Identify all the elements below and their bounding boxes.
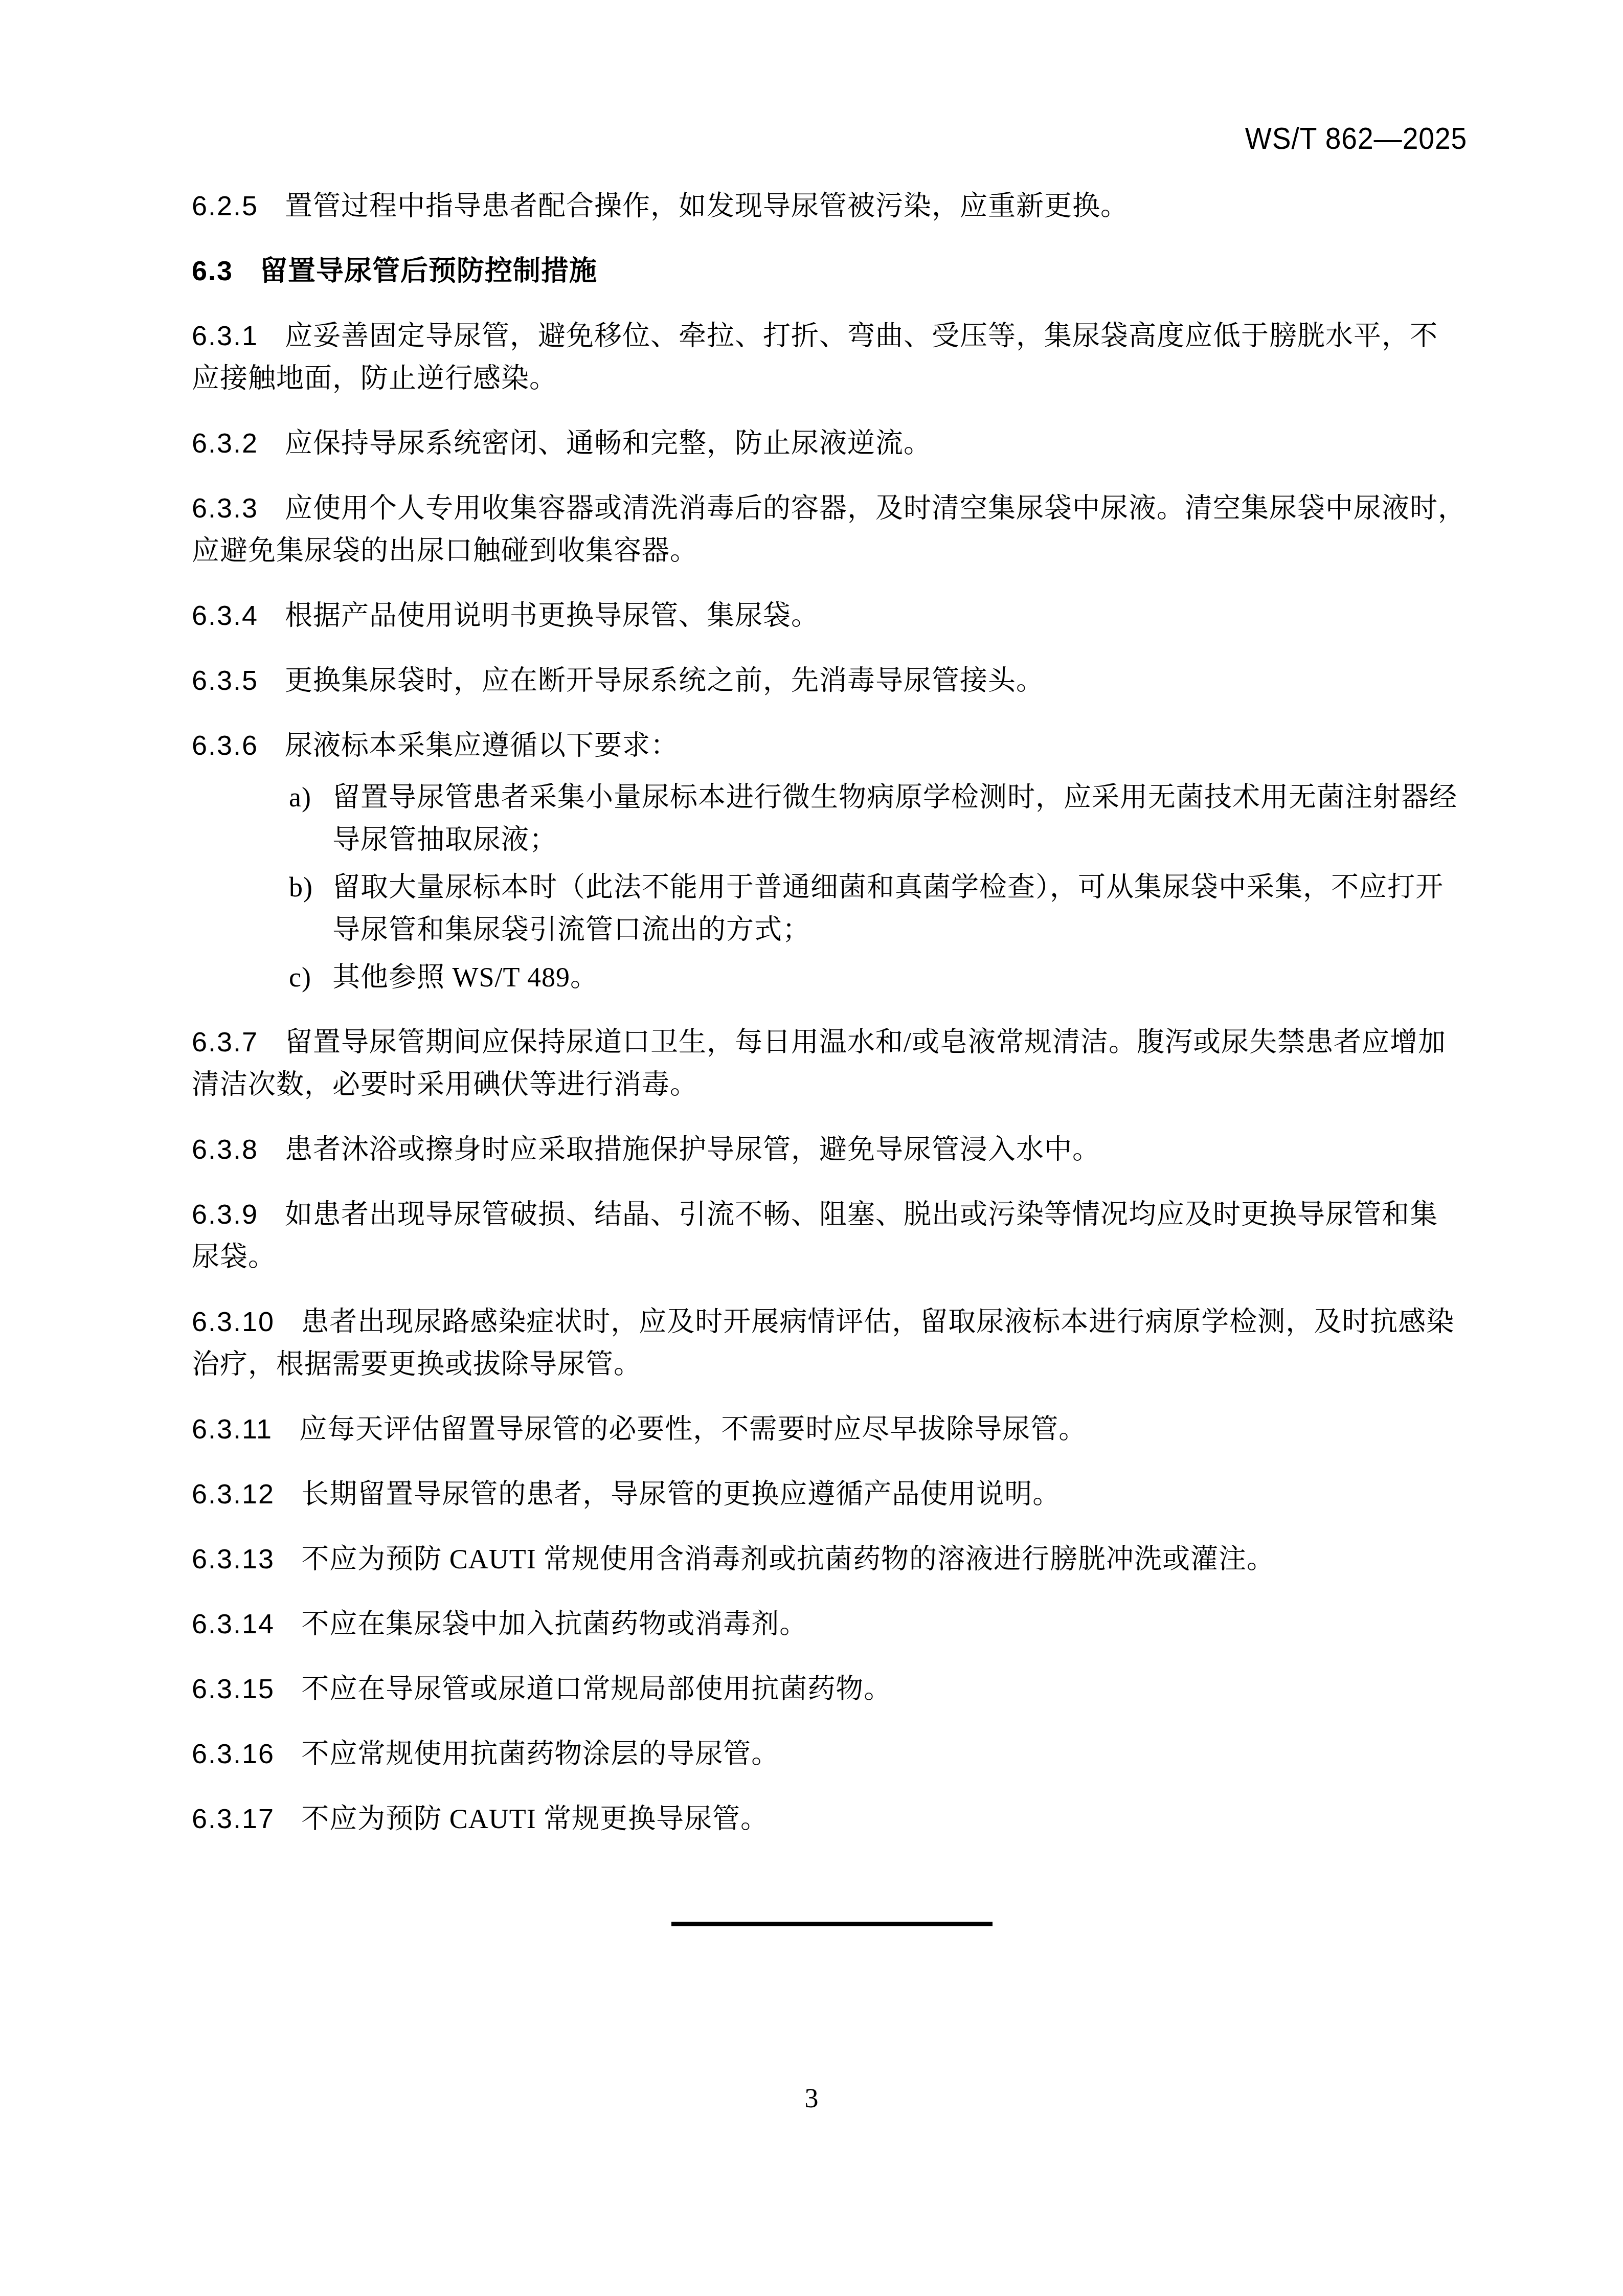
clause-text-line: 尿液标本采集应遵循以下要求：: [285, 730, 679, 761]
standard-code-header: WS/T 862—2025: [1245, 121, 1467, 156]
clause-number: 6.3.9: [192, 1194, 258, 1236]
clause-paragraph: 6.3.1应妥善固定导尿管，避免移位、牵拉、打折、弯曲、受压等，集尿袋高度应低于…: [192, 315, 1464, 400]
clause-paragraph: 6.3.14不应在集尿袋中加入抗菌药物或消毒剂。: [192, 1603, 1464, 1646]
clause-paragraph: 6.3.11应每天评估留置导尿管的必要性，不需要时应尽早拔除导尿管。: [192, 1408, 1464, 1451]
clause-text-line: 更换集尿袋时，应在断开导尿系统之前，先消毒导尿管接头。: [285, 665, 1044, 696]
clause-text-line: 如患者出现导尿管破损、结晶、引流不畅、阻塞、脱出或污染等情况均应及时更换导尿管和…: [285, 1199, 1438, 1230]
clause-paragraph: 6.3.4根据产品使用说明书更换导尿管、集尿袋。: [192, 595, 1464, 637]
clause-number: 6.3.14: [192, 1603, 275, 1646]
clause-number: 6.3.6: [192, 725, 258, 767]
clause-paragraph: 6.3.8患者沐浴或擦身时应采取措施保护导尿管，避免导尿管浸入水中。: [192, 1129, 1464, 1171]
clause-text-line: 根据产品使用说明书更换导尿管、集尿袋。: [285, 600, 819, 631]
section-heading: 6.3留置导尿管后预防控制措施: [192, 250, 1464, 292]
clause-number: 6.3.4: [192, 595, 258, 637]
clause-number: 6.3.10: [192, 1301, 275, 1343]
clause-paragraph: 6.3.2应保持导尿系统密闭、通畅和完整，防止尿液逆流。: [192, 422, 1464, 465]
list-item-marker: b): [289, 866, 332, 909]
clause-text-line: 不应为预防 CAUTI 常规更换导尿管。: [301, 1804, 769, 1834]
clause-number: 6.3: [192, 250, 233, 292]
clause-text-line: 导尿管和集尿袋引流管口流出的方式；: [192, 909, 1464, 951]
clause-number: 6.3.3: [192, 487, 258, 530]
clause-sublist: a)留置导尿管患者采集小量尿标本进行微生物病原学检测时，应采用无菌技术用无菌注射…: [192, 776, 1464, 999]
clause-number: 6.3.2: [192, 422, 258, 465]
clause-number: 6.3.13: [192, 1538, 275, 1581]
end-of-text-divider: [671, 1922, 993, 1926]
clause-text-line: 其他参照 WS/T 489。: [332, 962, 598, 993]
clause-text-line: 不应在集尿袋中加入抗菌药物或消毒剂。: [301, 1609, 807, 1639]
clause-text-line: 置管过程中指导患者配合操作，如发现导尿管被污染，应重新更换。: [285, 191, 1129, 221]
clause-paragraph: 6.3.17不应为预防 CAUTI 常规更换导尿管。: [192, 1798, 1464, 1840]
clause-paragraph: 6.3.3应使用个人专用收集容器或清洗消毒后的容器，及时清空集尿袋中尿液。清空集…: [192, 487, 1464, 572]
page-number: 3: [0, 2077, 1623, 2120]
clause-number: 6.2.5: [192, 185, 258, 228]
clause-text-line: 应避免集尿袋的出尿口触碰到收集容器。: [192, 530, 1464, 572]
clause-text-line: 不应在导尿管或尿道口常规局部使用抗菌药物。: [301, 1674, 892, 1704]
clause-number: 6.3.17: [192, 1798, 275, 1840]
clause-number: 6.3.8: [192, 1129, 258, 1171]
clause-paragraph: 6.3.16不应常规使用抗菌药物涂层的导尿管。: [192, 1733, 1464, 1775]
clause-number: 6.3.5: [192, 660, 258, 702]
clause-text-line: 应保持导尿系统密闭、通畅和完整，防止尿液逆流。: [285, 428, 932, 459]
clause-text-line: 留置导尿管后预防控制措施: [260, 256, 597, 286]
clause-text-line: 清洁次数，必要时采用碘伏等进行消毒。: [192, 1064, 1464, 1106]
clause-text-line: 应每天评估留置导尿管的必要性，不需要时应尽早拔除导尿管。: [299, 1414, 1087, 1445]
clause-number: 6.3.16: [192, 1733, 275, 1775]
document-body: 6.2.5置管过程中指导患者配合操作，如发现导尿管被污染，应重新更换。6.3留置…: [192, 185, 1464, 1863]
clause-paragraph: 6.3.12长期留置导尿管的患者，导尿管的更换应遵循产品使用说明。: [192, 1473, 1464, 1516]
clause-text-line: 不应常规使用抗菌药物涂层的导尿管。: [301, 1739, 779, 1769]
clause-number: 6.3.11: [192, 1408, 273, 1451]
clause-paragraph: 6.2.5置管过程中指导患者配合操作，如发现导尿管被污染，应重新更换。: [192, 185, 1464, 228]
clause-text-line: 患者出现尿路感染症状时，应及时开展病情评估，留取尿液标本进行病原学检测，及时抗感…: [301, 1307, 1454, 1337]
list-item: c)其他参照 WS/T 489。: [192, 956, 1464, 999]
clause-paragraph: 6.3.5更换集尿袋时，应在断开导尿系统之前，先消毒导尿管接头。: [192, 660, 1464, 702]
clause-text-line: 导尿管抽取尿液；: [192, 819, 1464, 861]
clause-text-line: 应妥善固定导尿管，避免移位、牵拉、打折、弯曲、受压等，集尿袋高度应低于膀胱水平，…: [285, 321, 1438, 351]
clause-number: 6.3.15: [192, 1668, 275, 1710]
list-item: a)留置导尿管患者采集小量尿标本进行微生物病原学检测时，应采用无菌技术用无菌注射…: [192, 776, 1464, 861]
clause-number: 6.3.1: [192, 315, 258, 357]
clause-number: 6.3.12: [192, 1473, 275, 1516]
clause-paragraph: 6.3.13不应为预防 CAUTI 常规使用含消毒剂或抗菌药物的溶液进行膀胱冲洗…: [192, 1538, 1464, 1581]
clause-paragraph: 6.3.7留置导尿管期间应保持尿道口卫生，每日用温水和/或皂液常规清洁。腹泻或尿…: [192, 1021, 1464, 1106]
clause-number: 6.3.7: [192, 1021, 258, 1064]
clause-paragraph: 6.3.15不应在导尿管或尿道口常规局部使用抗菌药物。: [192, 1668, 1464, 1710]
clause-text-line: 应使用个人专用收集容器或清洗消毒后的容器，及时清空集尿袋中尿液。清空集尿袋中尿液…: [285, 493, 1466, 524]
clause-text-line: 留取大量尿标本时（此法不能用于普通细菌和真菌学检查），可从集尿袋中采集，不应打开: [332, 872, 1444, 903]
clause-text-line: 治疗，根据需要更换或拔除导尿管。: [192, 1343, 1464, 1386]
clause-text-line: 长期留置导尿管的患者，导尿管的更换应遵循产品使用说明。: [301, 1479, 1061, 1510]
clause-paragraph: 6.3.6尿液标本采集应遵循以下要求：: [192, 725, 1464, 767]
clause-text-line: 应接触地面，防止逆行感染。: [192, 357, 1464, 400]
clause-text-line: 尿袋。: [192, 1236, 1464, 1278]
clause-text-line: 留置导尿管患者采集小量尿标本进行微生物病原学检测时，应采用无菌技术用无菌注射器经: [332, 782, 1457, 813]
clause-text-line: 患者沐浴或擦身时应采取措施保护导尿管，避免导尿管浸入水中。: [285, 1134, 1100, 1165]
clause-paragraph: 6.3.9如患者出现导尿管破损、结晶、引流不畅、阻塞、脱出或污染等情况均应及时更…: [192, 1194, 1464, 1278]
list-item-marker: a): [289, 776, 332, 819]
list-item: b)留取大量尿标本时（此法不能用于普通细菌和真菌学检查），可从集尿袋中采集，不应…: [192, 866, 1464, 951]
clause-paragraph: 6.3.10患者出现尿路感染症状时，应及时开展病情评估，留取尿液标本进行病原学检…: [192, 1301, 1464, 1386]
document-page: WS/T 862—2025 6.2.5置管过程中指导患者配合操作，如发现导尿管被…: [0, 0, 1623, 2296]
list-item-marker: c): [289, 956, 332, 999]
clause-text-line: 留置导尿管期间应保持尿道口卫生，每日用温水和/或皂液常规清洁。腹泻或尿失禁患者应…: [285, 1027, 1446, 1057]
clause-text-line: 不应为预防 CAUTI 常规使用含消毒剂或抗菌药物的溶液进行膀胱冲洗或灌注。: [301, 1544, 1275, 1574]
